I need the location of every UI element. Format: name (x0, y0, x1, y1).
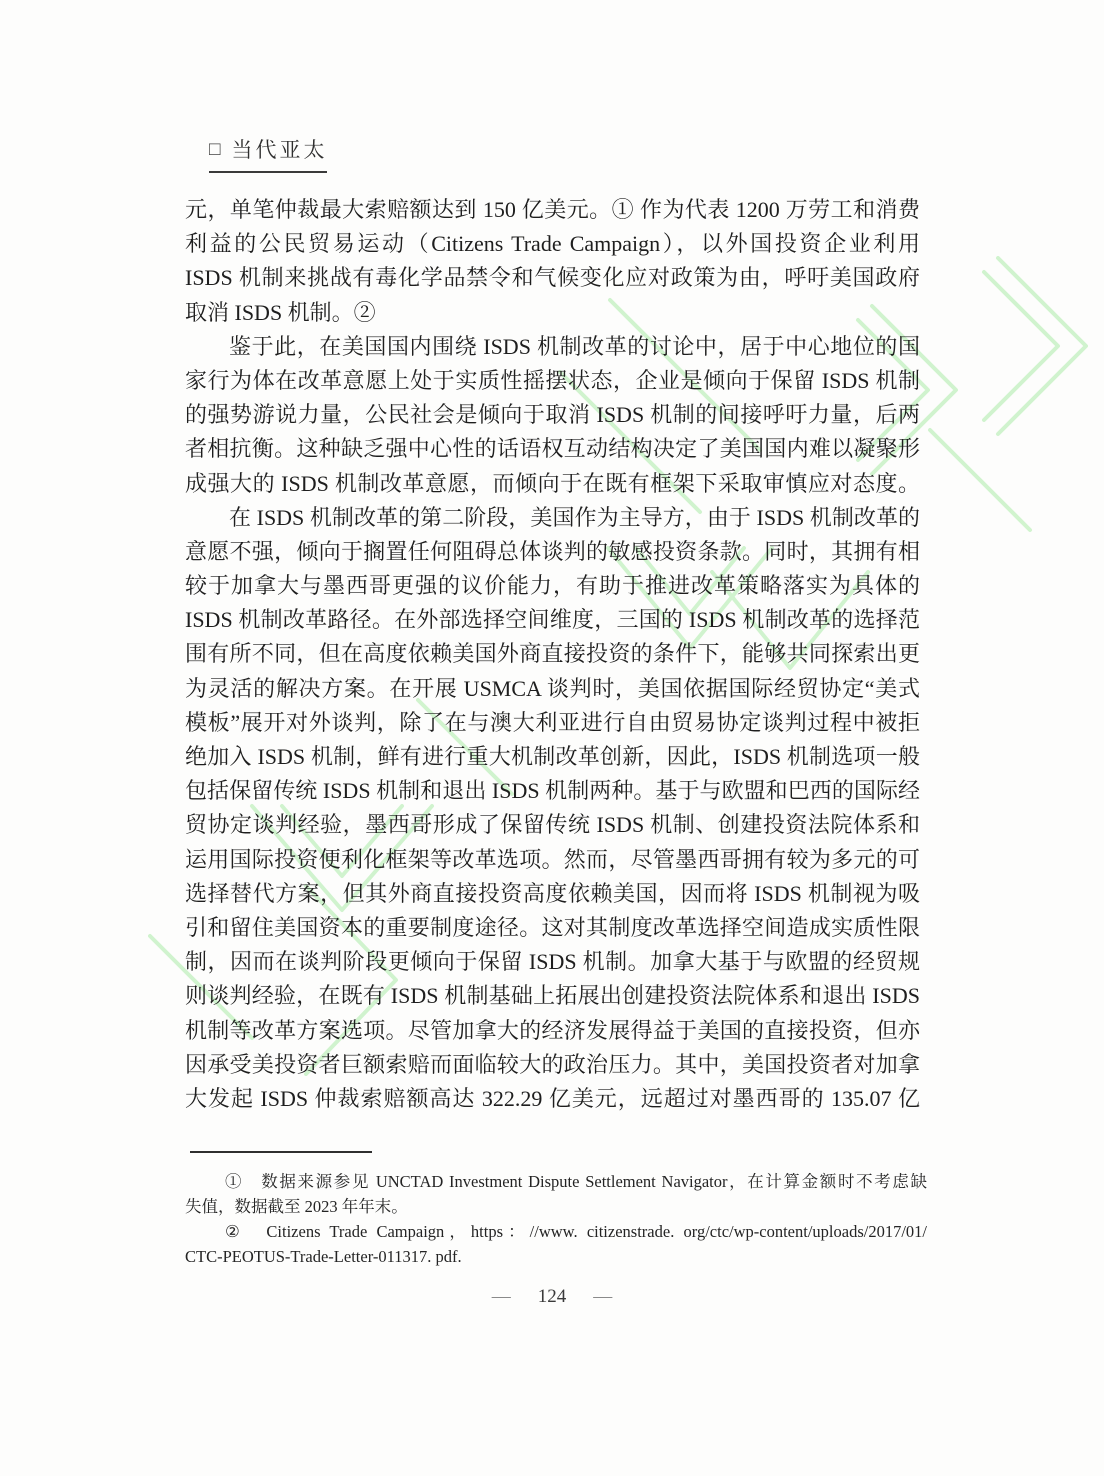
journal-header: □ 当代亚太 (209, 134, 327, 173)
footnote-line: 失值，数据截至 2023 年年末。 (185, 1194, 927, 1219)
header-box-icon: □ (209, 140, 220, 159)
journal-title: 当代亚太 (231, 134, 327, 164)
body-line: 家行为体在改革意愿上处于实质性摇摆状态，企业是倾向于保留 ISDS 机制 (185, 364, 920, 398)
body-line: 者相抗衡。这种缺乏强中心性的话语权互动结构决定了美国国内难以凝聚形 (185, 432, 920, 466)
body-line: 元，单笔仲裁最大索赔额达到 150 亿美元。① 作为代表 1200 万劳工和消费… (185, 193, 920, 227)
body-line: 则谈判经验，在既有 ISDS 机制基础上拓展出创建投资法院体系和退出 ISDS (185, 979, 920, 1013)
body-line: 模板”展开对外谈判，除了在与澳大利亚进行自由贸易协定谈判过程中被拒 (185, 706, 920, 740)
footnotes: ① 数据来源参见 UNCTAD Investment Dispute Settl… (185, 1169, 927, 1269)
body-line: 取消 ISDS 机制。② (185, 296, 920, 330)
body-line: 制，因而在谈判阶段更倾向于保留 ISDS 机制。加拿大基于与欧盟的经贸规 (185, 945, 920, 979)
body-line: 较于加拿大与墨西哥更强的议价能力，有助于推进改革策略落实为具体的 (185, 569, 920, 603)
footnote-line: ① 数据来源参见 UNCTAD Investment Dispute Settl… (185, 1169, 927, 1194)
body-line: 利益的公民贸易运动（Citizens Trade Campaign），以外国投资… (185, 227, 920, 261)
body-line: 绝加入 ISDS 机制，鲜有进行重大机制改革创新，因此，ISDS 机制选项一般 (185, 740, 920, 774)
page-number: —124— (0, 1286, 1104, 1308)
body-line: 围有所不同，但在高度依赖美国外商直接投资的条件下，能够共同探索出更 (185, 637, 920, 671)
page-number-value: 124 (538, 1286, 567, 1307)
footnote-line: CTC-PEOTUS-Trade-Letter-011317. pdf. (185, 1244, 927, 1269)
body-line: 在 ISDS 机制改革的第二阶段，美国作为主导方，由于 ISDS 机制改革的 (185, 501, 920, 535)
body-line: ISDS 机制来挑战有毒化学品禁令和气候变化应对政策为由，呼吁美国政府 (185, 261, 920, 295)
body-line: 运用国际投资便利化框架等改革选项。然而，尽管墨西哥拥有较为多元的可 (185, 843, 920, 877)
document-page: □ 当代亚太 元，单笔仲裁最大索赔额达到 150 亿美元。① 作为代表 1200… (0, 0, 1104, 1476)
body-line: 鉴于此，在美国国内围绕 ISDS 机制改革的讨论中，居于中心地位的国 (185, 330, 920, 364)
body-line: ISDS 机制改革路径。在外部选择空间维度，三国的 ISDS 机制改革的选择范 (185, 603, 920, 637)
body-line: 贸协定谈判经验，墨西哥形成了保留传统 ISDS 机制、创建投资法院体系和 (185, 808, 920, 842)
article-body: 元，单笔仲裁最大索赔额达到 150 亿美元。① 作为代表 1200 万劳工和消费… (185, 193, 920, 1116)
body-line: 选择替代方案，但其外商直接投资高度依赖美国，因而将 ISDS 机制视为吸 (185, 877, 920, 911)
body-line: 引和留住美国资本的重要制度途径。这对其制度改革选择空间造成实质性限 (185, 911, 920, 945)
body-line: 包括保留传统 ISDS 机制和退出 ISDS 机制两种。基于与欧盟和巴西的国际经 (185, 774, 920, 808)
page-number-dash-left: — (492, 1286, 511, 1307)
body-line: 为灵活的解决方案。在开展 USMCA 谈判时，美国依据国际经贸协定“美式 (185, 672, 920, 706)
body-line: 大发起 ISDS 仲裁索赔额高达 322.29 亿美元，远超过对墨西哥的 135… (185, 1082, 920, 1116)
footnote-line: ② Citizens Trade Campaign，https：//www. c… (185, 1219, 927, 1244)
body-line: 机制等改革方案选项。尽管加拿大的经济发展得益于美国的直接投资，但亦 (185, 1014, 920, 1048)
body-line: 的强势游说力量，公民社会是倾向于取消 ISDS 机制的间接呼吁力量，后两 (185, 398, 920, 432)
body-line: 因承受美投资者巨额索赔而面临较大的政治压力。其中，美国投资者对加拿 (185, 1048, 920, 1082)
body-line: 意愿不强，倾向于搁置任何阻碍总体谈判的敏感投资条款。同时，其拥有相 (185, 535, 920, 569)
page-number-dash-right: — (593, 1286, 612, 1307)
body-line: 成强大的 ISDS 机制改革意愿，而倾向于在既有框架下采取审慎应对态度。 (185, 467, 920, 501)
footnote-separator (190, 1151, 372, 1153)
